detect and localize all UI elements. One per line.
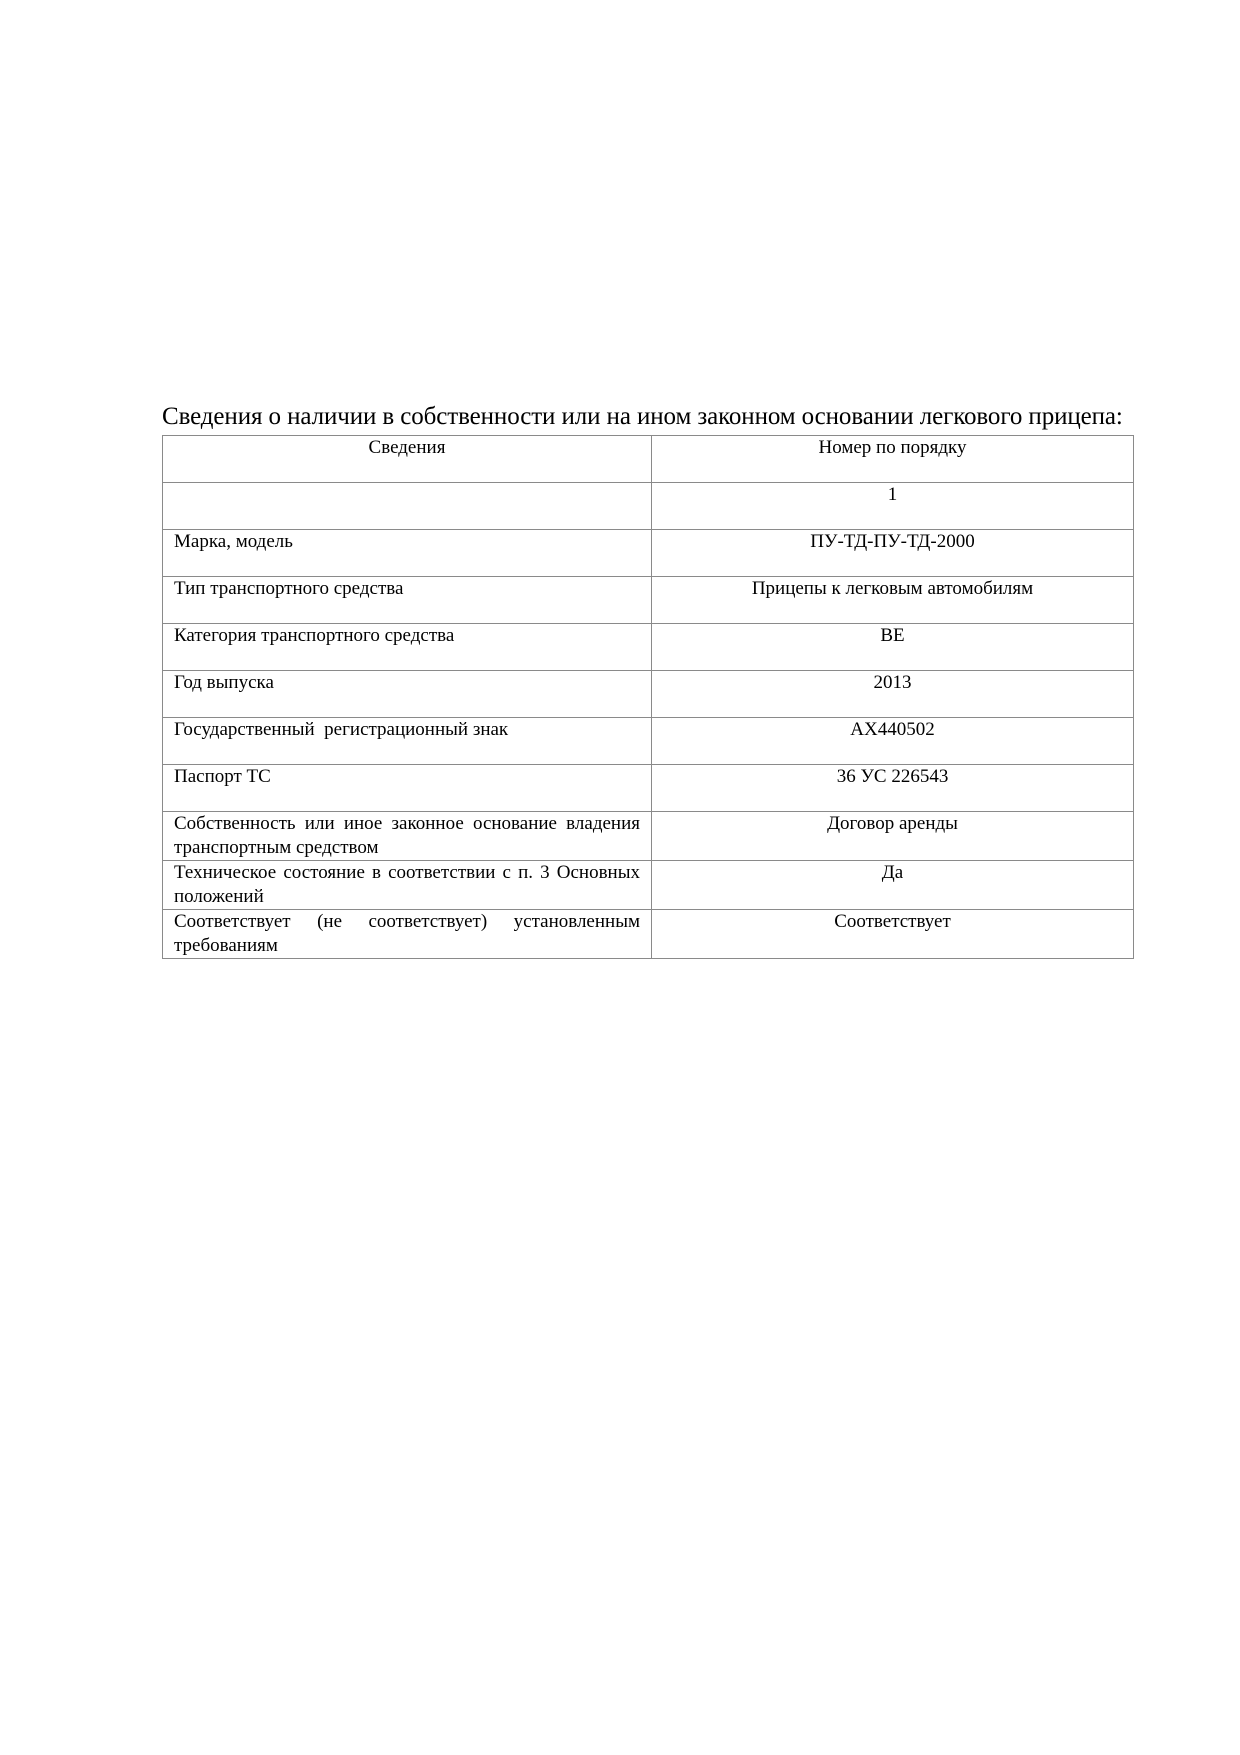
row-value: 2013	[652, 671, 1134, 718]
column-header-number: Номер по порядку	[652, 436, 1134, 483]
row-value: 36 УС 226543	[652, 765, 1134, 812]
table-row: Государственный регистрационный знак АХ4…	[163, 718, 1134, 765]
table-row: Соответствует (не соответствует) установ…	[163, 910, 1134, 959]
row-value: АХ440502	[652, 718, 1134, 765]
row-label: Марка, модель	[163, 530, 652, 577]
table-row: Паспорт ТС 36 УС 226543	[163, 765, 1134, 812]
table-row: Техническое состояние в соответствии с п…	[163, 861, 1134, 910]
row-label: Техническое состояние в соответствии с п…	[163, 861, 652, 910]
row-label: Соответствует (не соответствует) установ…	[163, 910, 652, 959]
row-value: Соответствует	[652, 910, 1134, 959]
trailer-info-table: Сведения Номер по порядку 1 Марка, модел…	[162, 435, 1134, 959]
row-label: Собственность или иное законное основани…	[163, 812, 652, 861]
row-label: Паспорт ТС	[163, 765, 652, 812]
row-value: Прицепы к легковым автомобилям	[652, 577, 1134, 624]
table-row: 1	[163, 483, 1134, 530]
row-label	[163, 483, 652, 530]
table-row: Категория транспортного средства BE	[163, 624, 1134, 671]
row-label: Год выпуска	[163, 671, 652, 718]
row-label: Тип транспортного средства	[163, 577, 652, 624]
row-label: Государственный регистрационный знак	[163, 718, 652, 765]
document-title: Сведения о наличии в собственности или н…	[162, 402, 1152, 432]
row-value: ПУ-ТД-ПУ-ТД-2000	[652, 530, 1134, 577]
column-header-info: Сведения	[163, 436, 652, 483]
table-row: Тип транспортного средства Прицепы к лег…	[163, 577, 1134, 624]
row-label: Категория транспортного средства	[163, 624, 652, 671]
row-value: Договор аренды	[652, 812, 1134, 861]
table-row: Марка, модель ПУ-ТД-ПУ-ТД-2000	[163, 530, 1134, 577]
row-value: 1	[652, 483, 1134, 530]
table-header-row: Сведения Номер по порядку	[163, 436, 1134, 483]
table-row: Собственность или иное законное основани…	[163, 812, 1134, 861]
row-value: Да	[652, 861, 1134, 910]
row-value: BE	[652, 624, 1134, 671]
table-row: Год выпуска 2013	[163, 671, 1134, 718]
